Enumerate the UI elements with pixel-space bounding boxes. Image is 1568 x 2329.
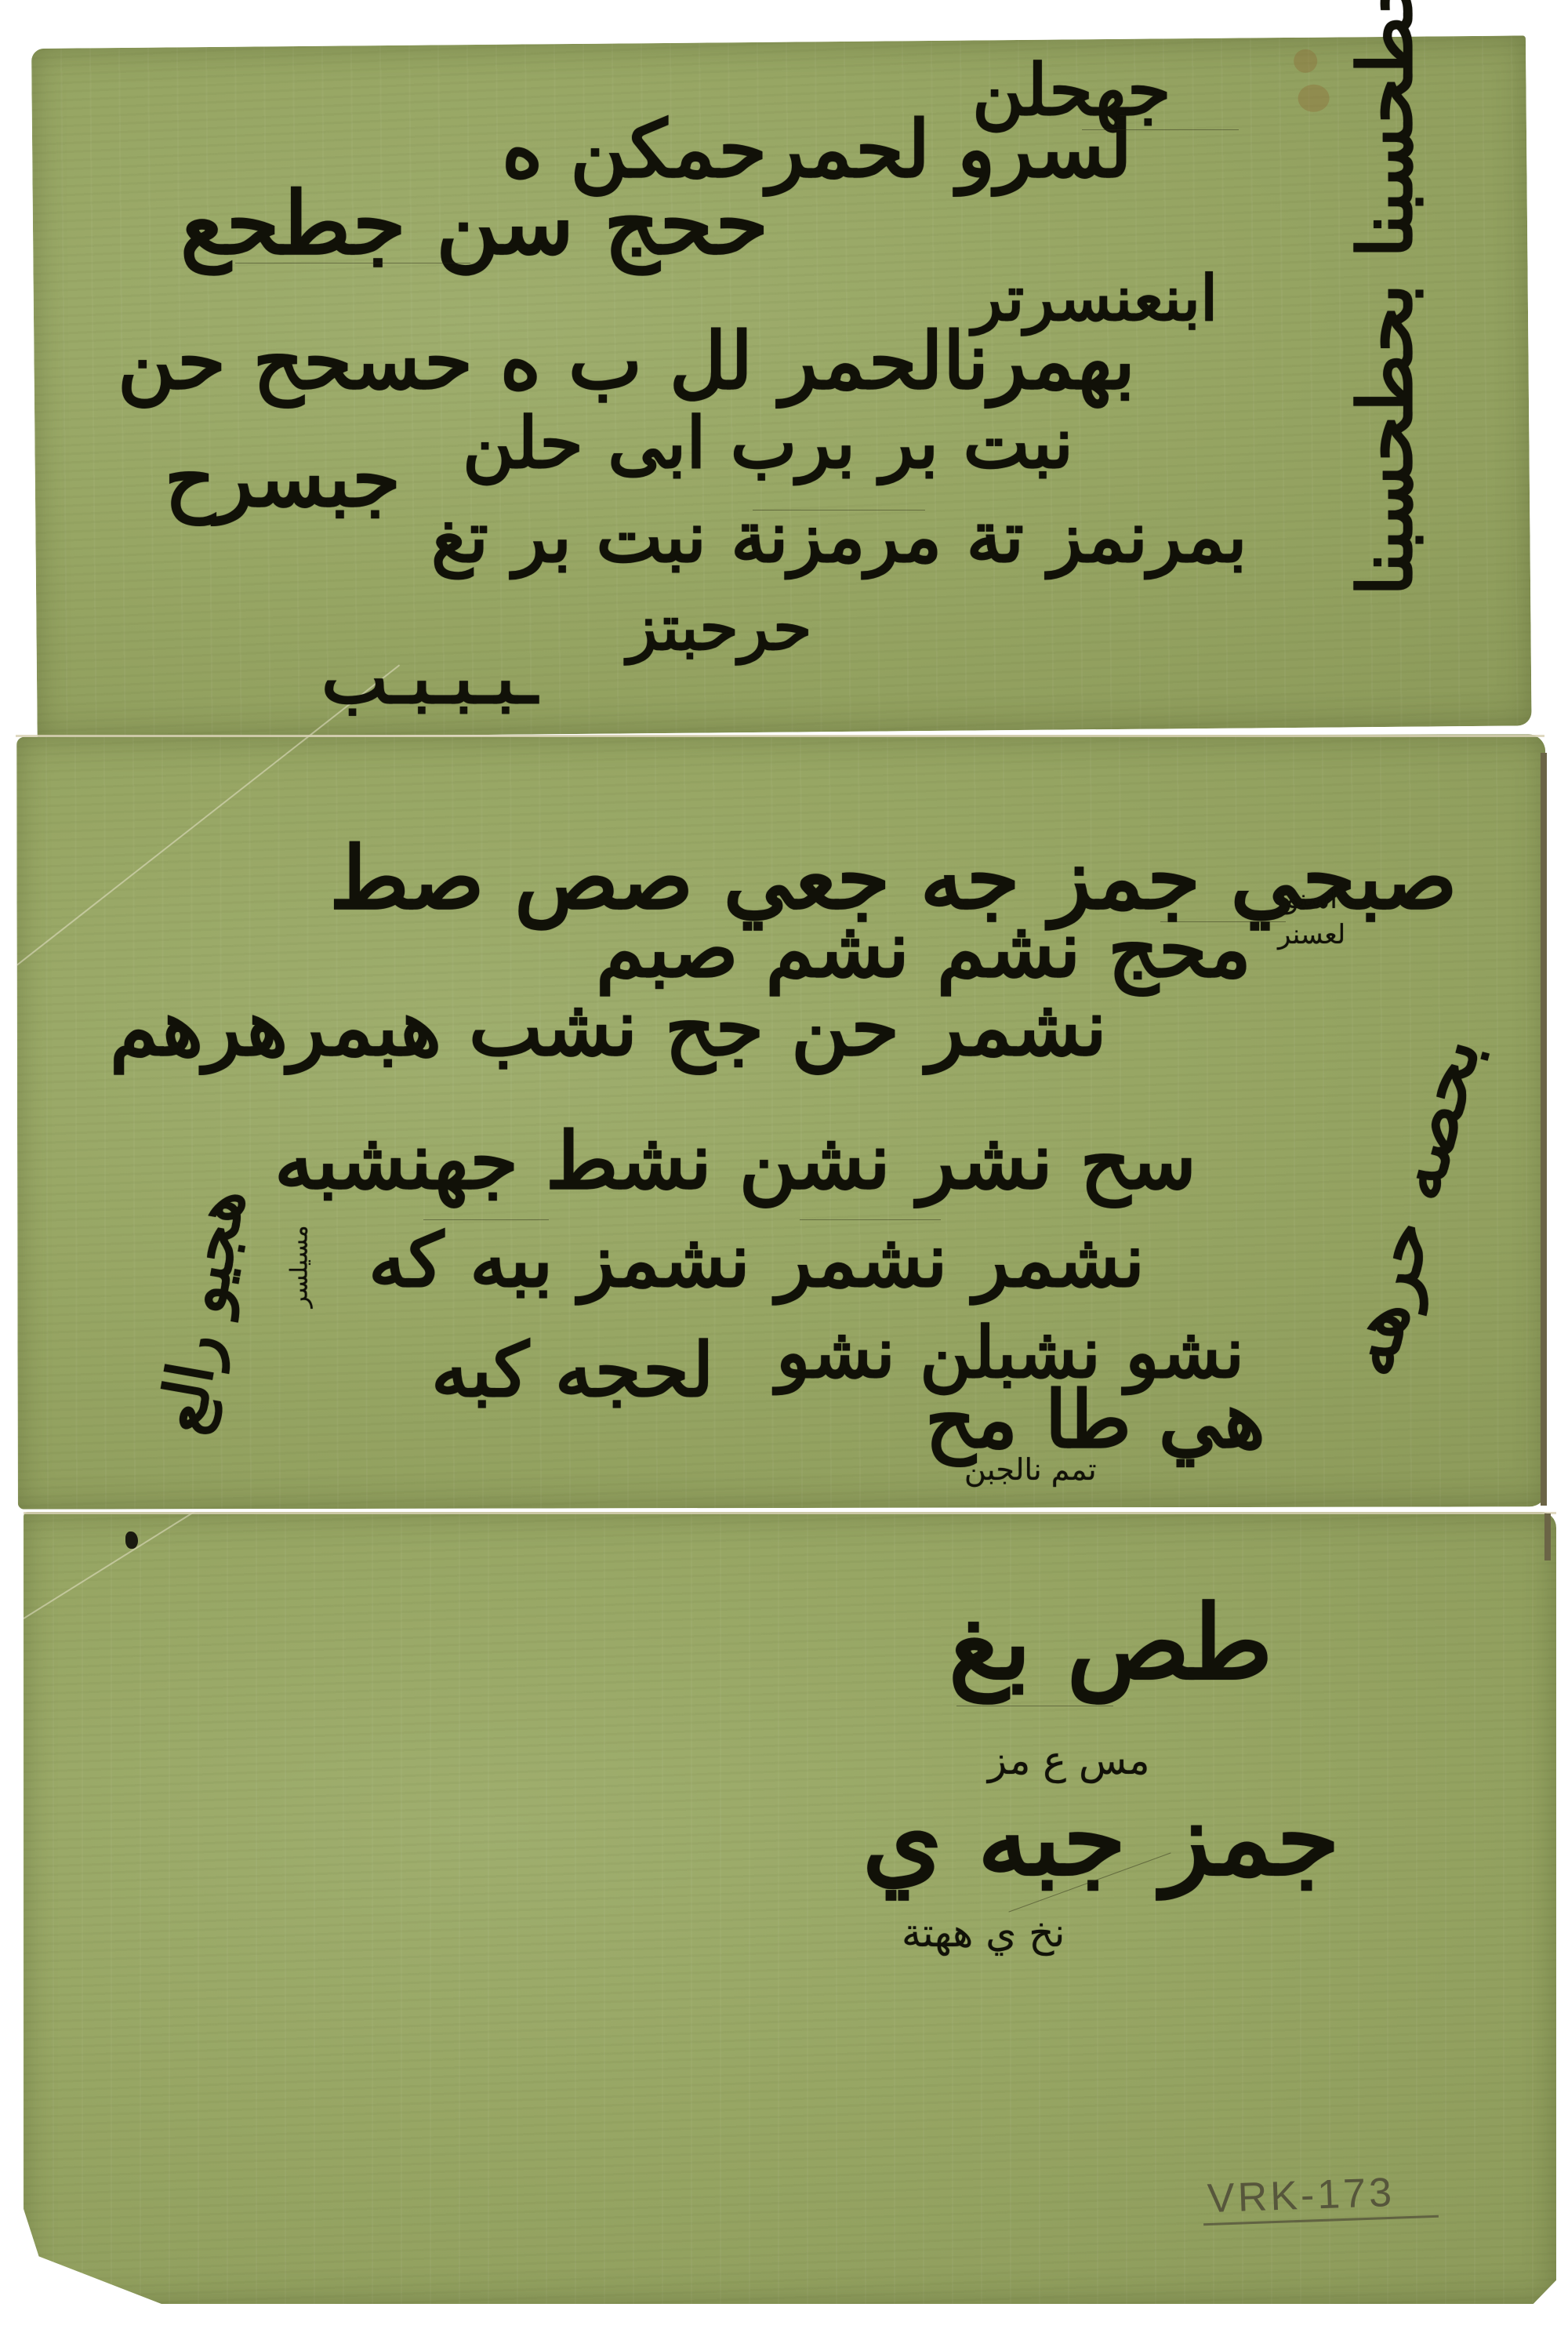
page-edge-shadow	[1544, 1513, 1551, 1561]
calligraphy-line: ـبـبـبـب	[321, 643, 537, 714]
ruling-line	[753, 510, 925, 510]
catalog-number: VRK-173	[1207, 2169, 1396, 2222]
brown-stain	[1294, 49, 1317, 73]
calligraphy-line: نبت بر برب ابی حلن	[463, 408, 1073, 478]
signature-note: تمم نالجبن	[964, 1455, 1097, 1484]
ruling-line	[235, 263, 470, 263]
calligraphy-vertical-column: بحطحسبنا بحطحسبنا	[1348, 0, 1423, 596]
fold-line	[16, 735, 1544, 737]
marginal-note: لعسنر	[1278, 921, 1345, 948]
calligraphy-line: هي طا مح	[925, 1380, 1265, 1459]
marginal-note: اسنو	[1286, 886, 1338, 913]
calligraphy-small-line: مس ع مز	[988, 1741, 1150, 1780]
calligraphy-line: ححج سن جطحع	[180, 180, 768, 267]
ink-blot	[125, 1531, 138, 1549]
ruling-line	[1082, 129, 1239, 130]
brown-stain	[1298, 85, 1329, 112]
fold-line	[24, 1512, 1556, 1514]
ruling-line	[1160, 921, 1286, 922]
calligraphy-line: بمرنمز تة مرمزنة نبت بر تغ	[431, 502, 1247, 572]
ruling-line	[800, 1219, 941, 1220]
calligraphy-line: محج نشم نشم صبم	[596, 910, 1251, 988]
calligraphy-line: بهمرنالحمر لل ب ه حسحح حن	[118, 322, 1135, 400]
ruling-line	[423, 1219, 549, 1220]
calligraphy-line: نشمر حن جح نشب هبمرهرهم	[110, 988, 1107, 1066]
calligraphy-small-line: نخ ي ههتة	[902, 1913, 1065, 1953]
ruling-line	[956, 1706, 1113, 1706]
calligraphy-line: سح نشر نشن نشط جهنشبه	[274, 1121, 1196, 1200]
calligraphy-line: جبسرح	[165, 439, 401, 518]
marginal-note: مسيلسر	[289, 1225, 312, 1307]
calligraphy-line: لحجه كبه	[431, 1333, 713, 1408]
calligraphy-line: جمز جبه ي	[862, 1788, 1340, 1890]
manuscript-sheet: جهحلن لسرو لحمرحمكن ه ححج سن جطحع ابنعنس…	[0, 0, 1568, 2329]
calligraphy-line: حرحبتز	[627, 596, 811, 659]
calligraphy-line: طص بغ	[949, 1592, 1272, 1694]
calligraphy-line: نشمر نشمر نشمز ببه كه	[368, 1223, 1145, 1298]
page-edge-shadow	[1541, 753, 1547, 1506]
